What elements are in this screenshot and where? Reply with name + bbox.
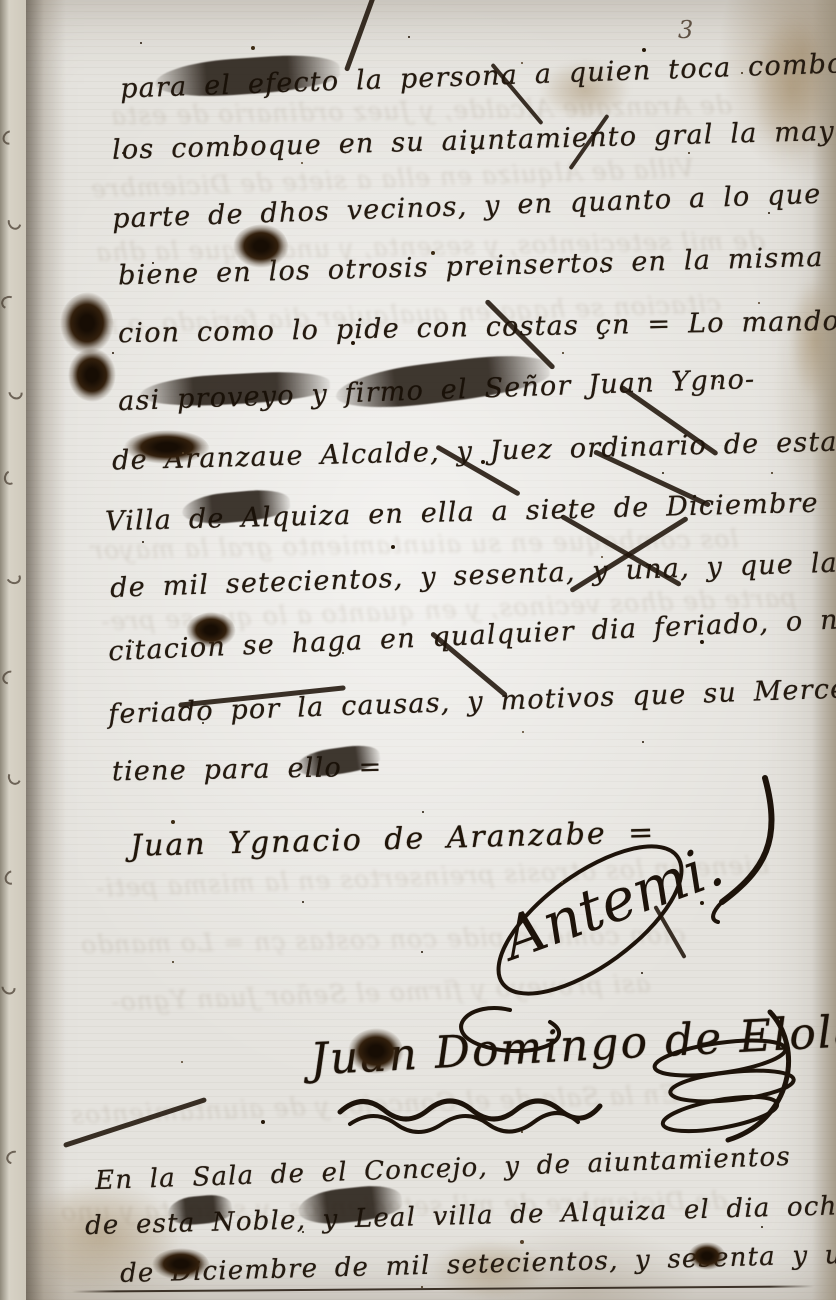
ink-blot xyxy=(186,612,236,648)
ink-speckles xyxy=(0,0,2,2)
ink-blot xyxy=(124,430,210,464)
ink-blot xyxy=(233,224,289,268)
previous-page-edge xyxy=(0,0,26,1300)
folio-number: 3 xyxy=(678,16,693,44)
svg-text:Antemi.: Antemi. xyxy=(489,831,732,975)
ink-blot xyxy=(68,348,116,402)
ante-mi-flourish: Antemi. xyxy=(460,770,810,1010)
ink-blot xyxy=(348,1028,404,1074)
ink-blot xyxy=(152,1248,210,1280)
ink-blot xyxy=(688,1242,726,1270)
manuscript-page: de Aranzaue Alcalde, y Juez ordinario de… xyxy=(0,0,836,1300)
ink-blot xyxy=(60,292,114,354)
binding-gutter xyxy=(26,0,66,1300)
pen-stroke xyxy=(344,0,378,72)
